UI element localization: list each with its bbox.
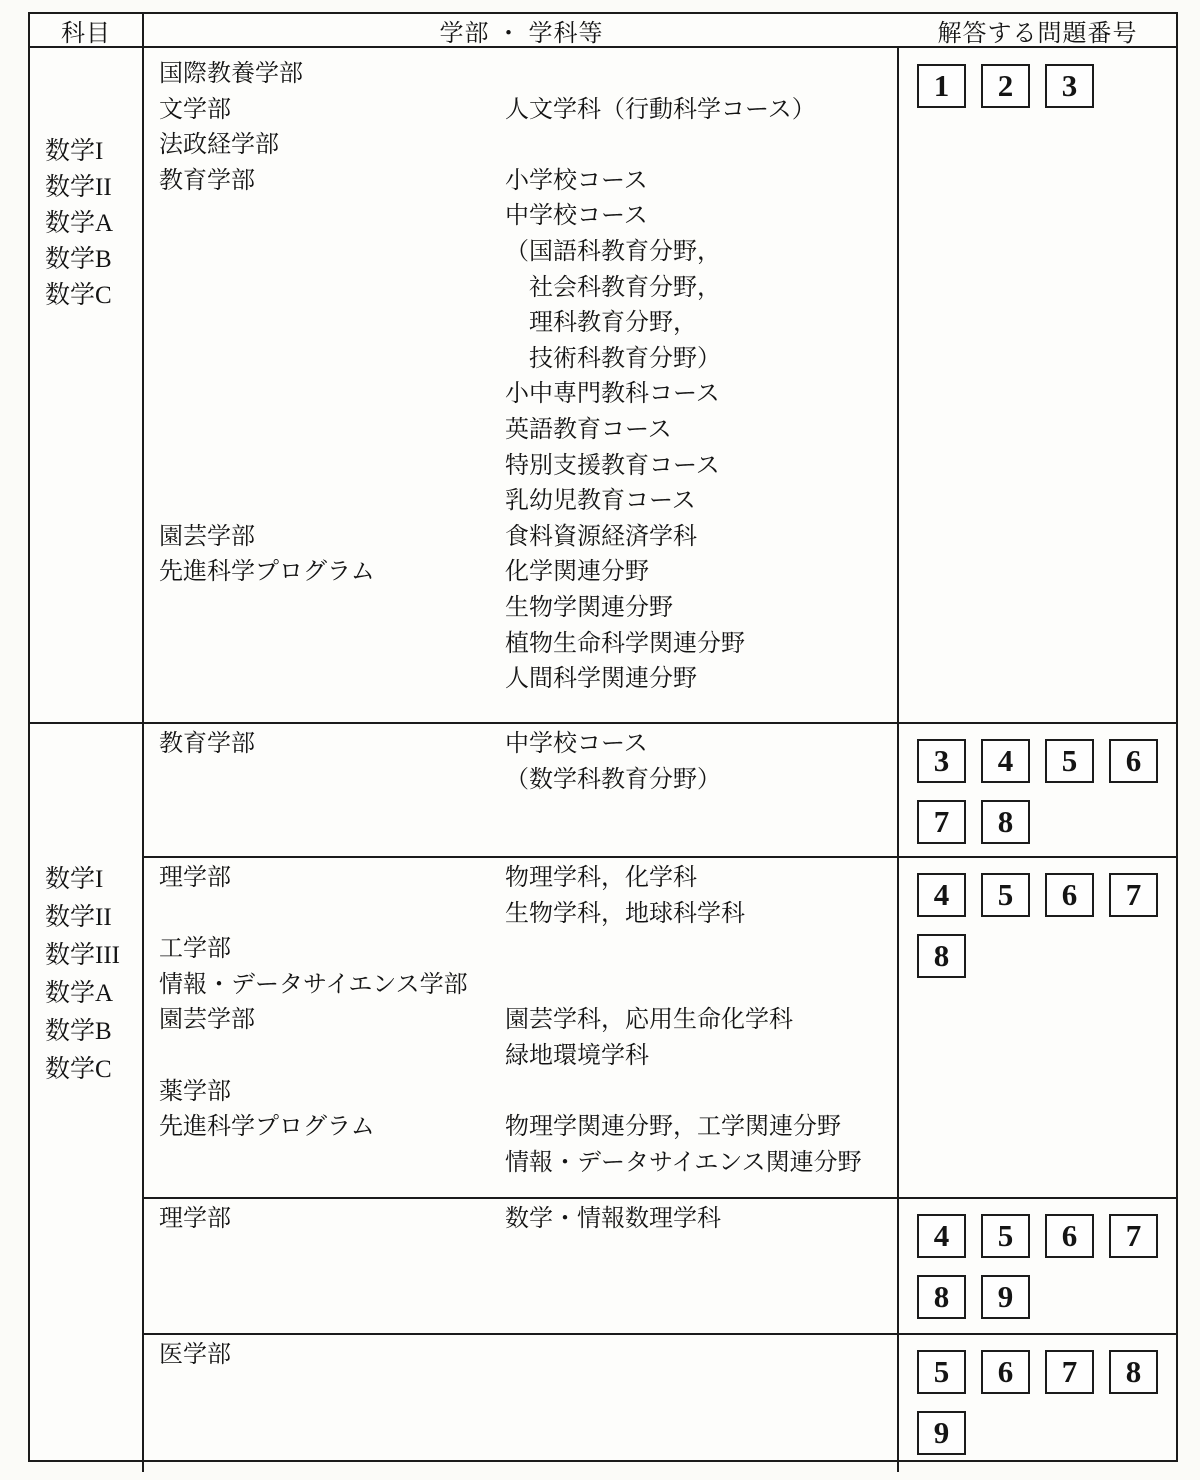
spacer-line xyxy=(159,449,505,485)
spacer-line xyxy=(505,128,897,164)
faculty-name: 園芸学部 xyxy=(159,520,505,556)
spacer-line xyxy=(159,199,505,235)
question-number-box: 9 xyxy=(981,1275,1030,1319)
spacer-line xyxy=(505,968,897,1004)
department-name: 乳幼児教育コース xyxy=(505,484,897,520)
faculty-name: 教育学部 xyxy=(159,164,505,200)
department-name: 技術科教育分野） xyxy=(505,342,897,378)
department-name: （数学科教育分野） xyxy=(505,763,897,799)
question-number-box: 4 xyxy=(917,1214,966,1258)
faculty-name: 法政経学部 xyxy=(159,128,505,164)
question-number-box: 7 xyxy=(1109,873,1158,917)
scanned-document-page: 科目 学部 ・ 学科等 解答する問題番号 数学I 数学II 数学A 数学B 数学… xyxy=(0,0,1200,1480)
faculty-column: 教育学部 xyxy=(159,727,505,856)
department-name: 物理学関連分野，工学関連分野 xyxy=(505,1110,897,1146)
faculty-column: 理学部 xyxy=(159,1202,505,1333)
faculty-name: 理学部 xyxy=(159,861,505,897)
department-name: 数学・情報数理学科 xyxy=(505,1202,897,1238)
question-number-row: 4 5 6 7 xyxy=(917,1214,1176,1258)
faculty-column: 医学部 xyxy=(159,1338,505,1472)
spacer-line xyxy=(159,271,505,307)
subject-name: 数学C xyxy=(45,278,142,314)
question-number-row: 8 xyxy=(917,934,1176,978)
question-number-box: 4 xyxy=(917,873,966,917)
subject-name: 数学A xyxy=(45,975,142,1013)
question-numbers-cell: 4 5 6 7 8 9 xyxy=(899,1199,1176,1333)
department-column: 数学・情報数理学科 xyxy=(505,1202,897,1333)
subject-name: 数学II xyxy=(45,170,142,206)
subject-name: 数学C xyxy=(45,1051,142,1089)
faculty-department-cell: 医学部 xyxy=(144,1335,899,1472)
question-numbers-cell: 5 6 7 8 9 xyxy=(899,1335,1176,1472)
department-column: 中学校コース （数学科教育分野） xyxy=(505,727,897,856)
faculty-name: 工学部 xyxy=(159,932,505,968)
faculty-department-cell: 理学部 工学部 情報・データサイエンス学部 園芸学部 薬学部 先進科学プログラム… xyxy=(144,858,899,1197)
subject-name: 数学A xyxy=(45,206,142,242)
question-number-box: 3 xyxy=(1045,64,1094,108)
faculty-name: 情報・データサイエンス学部 xyxy=(159,968,505,1004)
department-column xyxy=(505,1338,897,1472)
subject-name: 数学B xyxy=(45,1013,142,1051)
section-math-1-2-3-a-b-c: 数学I 数学II 数学III 数学A 数学B 数学C 教育学部 中学校コース xyxy=(30,724,1176,1472)
question-numbers-cell: 4 5 6 7 8 xyxy=(899,858,1176,1197)
question-number-box: 4 xyxy=(981,739,1030,783)
department-name: 食料資源経済学科 xyxy=(505,520,897,556)
spacer-line xyxy=(159,377,505,413)
faculty-name: 医学部 xyxy=(159,1338,505,1374)
subject-name: 数学II xyxy=(45,899,142,937)
spacer-line xyxy=(159,413,505,449)
question-number-box: 5 xyxy=(981,1214,1030,1258)
table-row: 医学部 5 6 7 8 9 xyxy=(144,1335,1176,1472)
department-name: 特別支援教育コース xyxy=(505,449,897,485)
department-name: 人文学科（行動科学コース） xyxy=(505,93,897,129)
faculty-name: 国際教養学部 xyxy=(159,57,505,93)
question-numbers-cell: 1 2 3 xyxy=(899,48,1176,722)
faculty-name: 理学部 xyxy=(159,1202,505,1238)
question-number-row: 5 6 7 8 xyxy=(917,1350,1176,1394)
spacer-line xyxy=(159,235,505,271)
faculty-department-cell: 国際教養学部 文学部 法政経学部 教育学部 園芸学部 先進科学プログラム xyxy=(144,48,899,722)
header-faculty: 学部 ・ 学科等 xyxy=(144,14,899,46)
department-name: （国語科教育分野， xyxy=(505,235,897,271)
subject-name: 数学B xyxy=(45,242,142,278)
department-name: 小中専門教科コース xyxy=(505,377,897,413)
department-name: 化学関連分野 xyxy=(505,555,897,591)
faculty-name: 文学部 xyxy=(159,93,505,129)
department-name: 生物学科，地球科学科 xyxy=(505,897,897,933)
department-column: 物理学科，化学科 生物学科，地球科学科 園芸学科，応用生命化学科 緑地環境学科 … xyxy=(505,861,897,1197)
department-name: 園芸学科，応用生命化学科 xyxy=(505,1003,897,1039)
question-number-box: 6 xyxy=(1109,739,1158,783)
spacer-line xyxy=(159,1039,505,1075)
department-name: 物理学科，化学科 xyxy=(505,861,897,897)
section-math-1-2-a-b-c: 数学I 数学II 数学A 数学B 数学C 国際教養学部 文学部 法政経学部 教育… xyxy=(30,48,1176,724)
table-header-row: 科目 学部 ・ 学科等 解答する問題番号 xyxy=(30,14,1176,48)
question-number-box: 5 xyxy=(981,873,1030,917)
faculty-name: 教育学部 xyxy=(159,727,505,763)
faculty-name: 薬学部 xyxy=(159,1075,505,1111)
department-name: 中学校コース xyxy=(505,727,897,763)
subject-name: 数学I xyxy=(45,134,142,170)
table-row: 教育学部 中学校コース （数学科教育分野） 3 4 5 6 xyxy=(144,724,1176,858)
question-number-box: 5 xyxy=(917,1350,966,1394)
spacer-line xyxy=(505,932,897,968)
question-number-box: 8 xyxy=(981,800,1030,844)
faculty-column: 国際教養学部 文学部 法政経学部 教育学部 園芸学部 先進科学プログラム xyxy=(159,57,505,722)
question-number-row: 4 5 6 7 xyxy=(917,873,1176,917)
faculty-department-cell: 理学部 数学・情報数理学科 xyxy=(144,1199,899,1333)
faculty-name: 先進科学プログラム xyxy=(159,1110,505,1146)
department-name: 情報・データサイエンス関連分野 xyxy=(505,1146,897,1182)
question-number-box: 8 xyxy=(917,934,966,978)
spacer-line xyxy=(505,1075,897,1111)
subject-name: 数学I xyxy=(45,861,142,899)
question-number-box: 8 xyxy=(1109,1350,1158,1394)
question-number-box: 8 xyxy=(917,1275,966,1319)
question-number-box: 3 xyxy=(917,739,966,783)
department-name: 理科教育分野， xyxy=(505,306,897,342)
department-name: 生物学関連分野 xyxy=(505,591,897,627)
department-column: 人文学科（行動科学コース） 小学校コース 中学校コース （国語科教育分野， 社会… xyxy=(505,57,897,722)
department-name: 緑地環境学科 xyxy=(505,1039,897,1075)
question-number-box: 6 xyxy=(1045,1214,1094,1258)
question-number-box: 5 xyxy=(1045,739,1094,783)
section-subrows: 教育学部 中学校コース （数学科教育分野） 3 4 5 6 xyxy=(144,724,1176,1472)
spacer-line xyxy=(505,57,897,93)
subject-cell: 数学I 数学II 数学III 数学A 数学B 数学C xyxy=(30,724,144,1472)
faculty-department-cell: 教育学部 中学校コース （数学科教育分野） xyxy=(144,724,899,856)
table-row: 理学部 数学・情報数理学科 4 5 6 7 xyxy=(144,1199,1176,1335)
table-row: 理学部 工学部 情報・データサイエンス学部 園芸学部 薬学部 先進科学プログラム… xyxy=(144,858,1176,1199)
faculty-column: 理学部 工学部 情報・データサイエンス学部 園芸学部 薬学部 先進科学プログラム xyxy=(159,861,505,1197)
subject-cell: 数学I 数学II 数学A 数学B 数学C xyxy=(30,48,144,722)
question-numbers-cell: 3 4 5 6 7 8 xyxy=(899,724,1176,856)
department-name: 植物生命科学関連分野 xyxy=(505,627,897,663)
faculty-name: 園芸学部 xyxy=(159,1003,505,1039)
question-number-box: 7 xyxy=(1045,1350,1094,1394)
faculty-name: 先進科学プログラム xyxy=(159,555,505,591)
spacer-line xyxy=(159,484,505,520)
header-subject: 科目 xyxy=(30,14,144,46)
question-number-box: 1 xyxy=(917,64,966,108)
question-number-box: 6 xyxy=(1045,873,1094,917)
question-number-row: 7 8 xyxy=(917,800,1176,844)
question-number-box: 7 xyxy=(1109,1214,1158,1258)
spacer-line xyxy=(159,897,505,933)
question-number-box: 6 xyxy=(981,1350,1030,1394)
header-question-numbers: 解答する問題番号 xyxy=(899,14,1176,46)
question-number-row: 9 xyxy=(917,1411,1176,1455)
department-name: 小学校コース xyxy=(505,164,897,200)
question-number-row: 3 4 5 6 xyxy=(917,739,1176,783)
department-name: 人間科学関連分野 xyxy=(505,662,897,698)
question-number-box: 2 xyxy=(981,64,1030,108)
question-number-row: 8 9 xyxy=(917,1275,1176,1319)
department-name: 社会科教育分野， xyxy=(505,271,897,307)
department-name: 英語教育コース xyxy=(505,413,897,449)
spacer-line xyxy=(159,342,505,378)
question-number-box: 7 xyxy=(917,800,966,844)
question-number-box: 9 xyxy=(917,1411,966,1455)
spacer-line xyxy=(159,306,505,342)
department-name: 中学校コース xyxy=(505,199,897,235)
question-number-row: 1 2 3 xyxy=(917,64,1176,108)
subject-faculty-question-table: 科目 学部 ・ 学科等 解答する問題番号 数学I 数学II 数学A 数学B 数学… xyxy=(28,12,1178,1462)
subject-name: 数学III xyxy=(45,937,142,975)
